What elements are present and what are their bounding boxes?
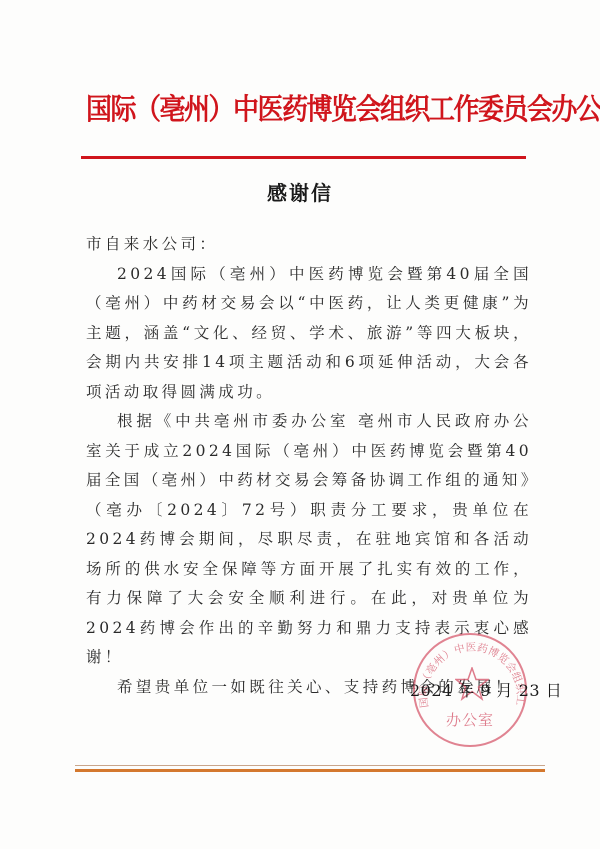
letterhead-red-rule [81, 156, 526, 159]
paragraph-1: 2024国际（亳州）中医药博览会暨第40届全国（亳州）中药材交易会以“中医药，让… [86, 260, 532, 408]
letter-body: 市自来水公司： 2024国际（亳州）中医药博览会暨第40届全国（亳州）中药材交易… [86, 230, 532, 702]
footer-thick-rule [75, 769, 545, 772]
seal-center-text: 办公室 [415, 709, 525, 730]
salutation: 市自来水公司： [86, 230, 532, 260]
footer-thin-rule [75, 765, 545, 766]
letterhead-title: 国际（亳州）中医药博览会组织工作委员会办公室 [86, 90, 516, 130]
document-title: 感谢信 [0, 177, 600, 206]
letter-page: 国际（亳州）中医药博览会组织工作委员会办公室 感谢信 市自来水公司： 2024国… [0, 0, 600, 849]
letter-date: 2024 年 9 月 23 日 [410, 678, 562, 701]
